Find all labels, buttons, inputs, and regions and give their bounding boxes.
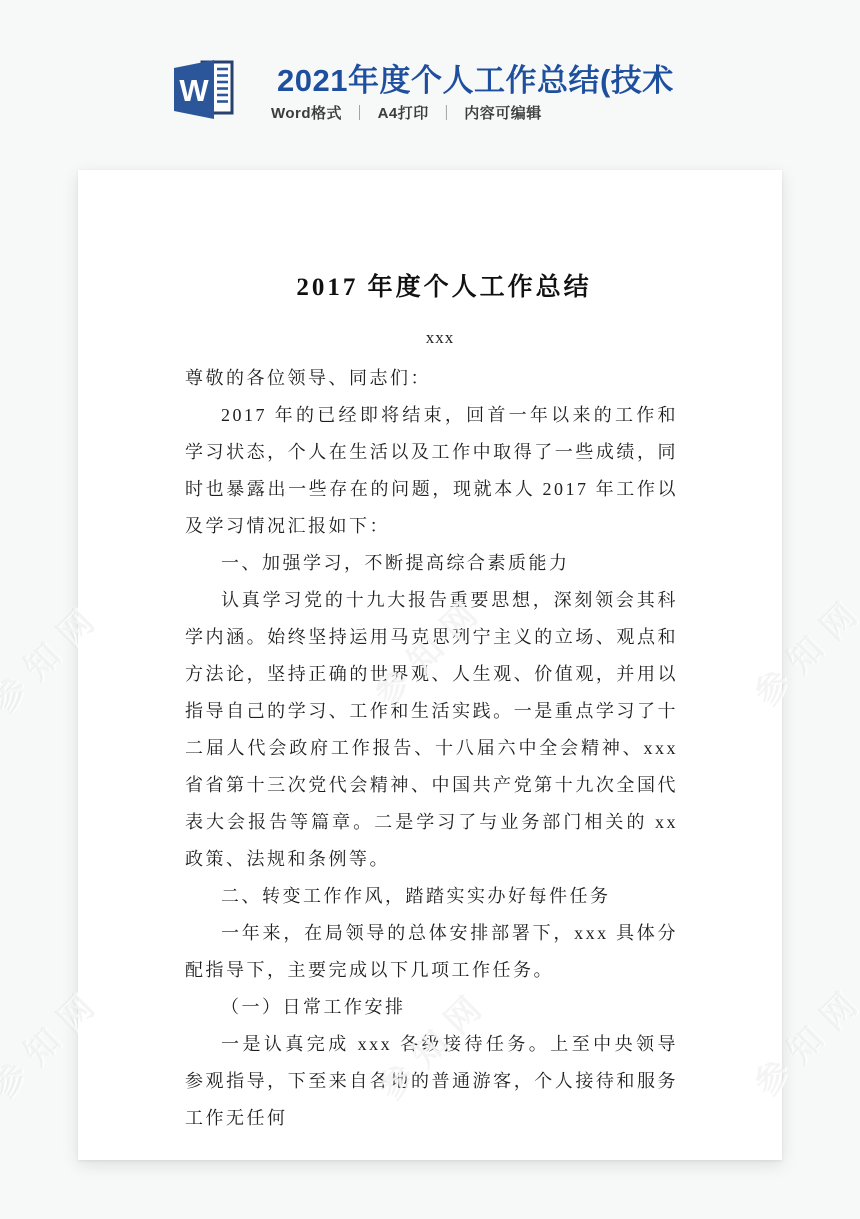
document-meta: Word格式｜A4打印｜内容可编辑 <box>271 102 542 123</box>
document-author: xxx <box>185 328 678 348</box>
document-paragraph: 一、加强学习，不断提高综合素质能力 <box>185 545 678 582</box>
document-page: 2017 年度个人工作总结 xxx 尊敬的各位领导、同志们：2017 年的已经即… <box>78 170 782 1160</box>
word-icon: W <box>167 55 239 123</box>
document-body: 尊敬的各位领导、同志们：2017 年的已经即将结束，回首一年以来的工作和学习状态… <box>185 360 678 1137</box>
document-paragraph: 一是认真完成 xxx 各级接待任务。上至中央领导参观指导，下至来自各地的普通游客… <box>185 1026 678 1137</box>
document-title-link[interactable]: 2021年度个人工作总结(技术 <box>277 55 674 100</box>
page-title: 2017 年度个人工作总结 <box>185 267 678 303</box>
document-paragraph: 二、转变工作作风，踏踏实实办好每件任务 <box>185 878 678 915</box>
document-paragraph: 尊敬的各位领导、同志们： <box>185 360 678 397</box>
document-paragraph: 认真学习党的十九大报告重要思想，深刻领会其科学内涵。始终坚持运用马克思列宁主义的… <box>185 582 678 878</box>
meta-separator: ｜ <box>352 105 368 122</box>
meta-editable-label: 内容可编辑 <box>464 105 542 122</box>
meta-print-label: A4打印 <box>378 105 429 122</box>
document-paragraph: 一年来，在局领导的总体安排部署下，xxx 具体分配指导下，主要完成以下几项工作任… <box>185 915 678 989</box>
document-paragraph: 2017 年的已经即将结束，回首一年以来的工作和学习状态，个人在生活以及工作中取… <box>185 397 678 545</box>
document-paragraph: （一）日常工作安排 <box>185 989 678 1026</box>
meta-separator: ｜ <box>439 105 455 122</box>
word-icon-letter: W <box>179 73 209 108</box>
meta-format-label: Word格式 <box>271 105 342 122</box>
site-header: W 2021年度个人工作总结(技术 Word格式｜A4打印｜内容可编辑 <box>0 0 860 150</box>
